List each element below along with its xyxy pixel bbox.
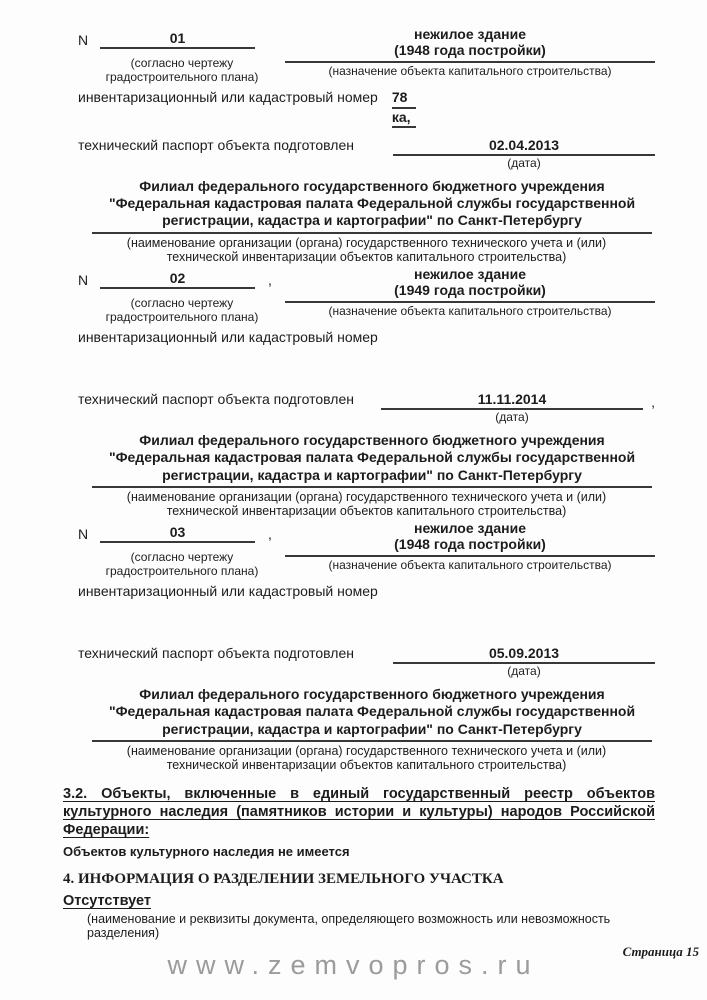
object-number-column: N 02 , (согласно чертежу градостроительн… xyxy=(78,270,285,324)
inventory-value: 78 ка, xyxy=(392,89,416,128)
designation-value: нежилое здание (1949 года постройки) xyxy=(285,266,655,303)
inventory-label: инвентаризационный или кадастровый номер xyxy=(78,329,378,345)
number-caption: (согласно чертежу градостроительного пла… xyxy=(94,56,270,84)
inventory-number-row: инвентаризационный или кадастровый номер… xyxy=(78,89,655,128)
object-number-column: N 01 (согласно чертежу градостроительног… xyxy=(78,30,285,84)
organization-block: Филиал федерального государственного бюд… xyxy=(78,432,655,519)
organization-caption: (наименование организации (органа) госуд… xyxy=(78,490,655,520)
date-suffix: , xyxy=(643,394,655,424)
organization-name: Филиал федерального государственного бюд… xyxy=(92,178,652,233)
designation-value: нежилое здание (1948 года постройки) xyxy=(285,520,655,557)
organization-name: Филиал федерального государственного бюд… xyxy=(92,686,652,741)
date-caption: (дата) xyxy=(381,410,643,424)
technical-passport-row: технический паспорт объекта подготовлен … xyxy=(78,137,655,170)
object-number-value: 02 xyxy=(100,270,255,289)
number-prefix: N xyxy=(78,32,100,49)
site-watermark: www.zemvopros.ru xyxy=(0,950,707,981)
inventory-number-row: инвентаризационный или кадастровый номер xyxy=(78,329,655,345)
object-number-column: N 03 , (согласно чертежу градостроительн… xyxy=(78,524,285,578)
section-4-value: Отсутствует xyxy=(63,893,655,909)
passport-date-value: 11.11.2014 xyxy=(381,391,643,410)
passport-label: технический паспорт объекта подготовлен xyxy=(78,137,354,170)
passport-date-value: 02.04.2013 xyxy=(393,137,655,156)
passport-label: технический паспорт объекта подготовлен xyxy=(78,391,354,424)
number-caption: (согласно чертежу градостроительного пла… xyxy=(94,296,270,324)
capital-object-block-2: N 02 , (согласно чертежу градостроительн… xyxy=(78,270,655,519)
date-caption: (дата) xyxy=(393,156,655,170)
inventory-label: инвентаризационный или кадастровый номер xyxy=(78,583,378,599)
object-number-row: N 01 (согласно чертежу градостроительног… xyxy=(78,30,655,84)
organization-block: Филиал федерального государственного бюд… xyxy=(78,686,655,773)
object-number-value: 01 xyxy=(100,30,255,49)
section-3-2-heading-line-2: культурного наследия (памятников истории… xyxy=(63,803,655,821)
section-3-2-value: Объектов культурного наследия не имеется xyxy=(63,844,655,859)
object-number-value: 03 xyxy=(100,524,255,543)
passport-date-column: 05.09.2013 (дата) xyxy=(393,645,655,678)
section-3-2-heading-line-3: Федерации: xyxy=(63,821,655,839)
date-caption: (дата) xyxy=(393,664,655,678)
passport-date-value: 05.09.2013 xyxy=(393,645,655,664)
capital-object-block-3: N 03 , (согласно чертежу градостроительн… xyxy=(78,524,655,773)
number-suffix: , xyxy=(255,526,285,543)
organization-block: Филиал федерального государственного бюд… xyxy=(78,178,655,265)
number-suffix: , xyxy=(255,272,285,289)
document-content: N 01 (согласно чертежу градостроительног… xyxy=(0,0,707,940)
organization-caption: (наименование организации (органа) госуд… xyxy=(78,744,655,774)
technical-passport-row: технический паспорт объекта подготовлен … xyxy=(78,391,655,424)
technical-passport-row: технический паспорт объекта подготовлен … xyxy=(78,645,655,678)
designation-value: нежилое здание (1948 года постройки) xyxy=(285,26,655,63)
passport-date-column: 11.11.2014 (дата) xyxy=(381,391,643,424)
inventory-number-row: инвентаризационный или кадастровый номер xyxy=(78,583,655,599)
designation-column: нежилое здание (1948 года постройки) (на… xyxy=(285,26,655,84)
section-4-caption: (наименование и реквизиты документа, опр… xyxy=(63,912,655,940)
object-number-row: N 02 , (согласно чертежу градостроительн… xyxy=(78,270,655,324)
section-3-2-heading-line-1: 3.2. Объекты, включенные в единый госуда… xyxy=(63,785,655,803)
designation-caption: (назначение объекта капитального строите… xyxy=(285,304,655,318)
capital-object-block-1: N 01 (согласно чертежу градостроительног… xyxy=(78,30,655,265)
number-suffix xyxy=(255,48,285,49)
object-number-row: N 03 , (согласно чертежу градостроительн… xyxy=(78,524,655,578)
passport-date-column: 02.04.2013 (дата) xyxy=(393,137,655,170)
designation-caption: (назначение объекта капитального строите… xyxy=(285,558,655,572)
document-page: N 01 (согласно чертежу градостроительног… xyxy=(0,0,707,1000)
passport-label: технический паспорт объекта подготовлен xyxy=(78,645,354,678)
number-prefix: N xyxy=(78,526,100,543)
inventory-value-line-1: 78 xyxy=(392,89,416,109)
section-4-land-division: 4. ИНФОРМАЦИЯ О РАЗДЕЛЕНИИ ЗЕМЕЛЬНОГО УЧ… xyxy=(63,871,655,940)
inventory-value-line-2: ка, xyxy=(392,109,416,129)
section-4-heading: 4. ИНФОРМАЦИЯ О РАЗДЕЛЕНИИ ЗЕМЕЛЬНОГО УЧ… xyxy=(63,871,655,888)
designation-caption: (назначение объекта капитального строите… xyxy=(285,64,655,78)
organization-name: Филиал федерального государственного бюд… xyxy=(92,432,652,487)
designation-column: нежилое здание (1949 года постройки) (на… xyxy=(285,266,655,324)
inventory-label: инвентаризационный или кадастровый номер xyxy=(78,89,378,128)
designation-column: нежилое здание (1948 года постройки) (на… xyxy=(285,520,655,578)
number-caption: (согласно чертежу градостроительного пла… xyxy=(94,550,270,578)
section-3-2-cultural-heritage: 3.2. Объекты, включенные в единый госуда… xyxy=(63,785,655,858)
number-prefix: N xyxy=(78,272,100,289)
organization-caption: (наименование организации (органа) госуд… xyxy=(78,236,655,266)
